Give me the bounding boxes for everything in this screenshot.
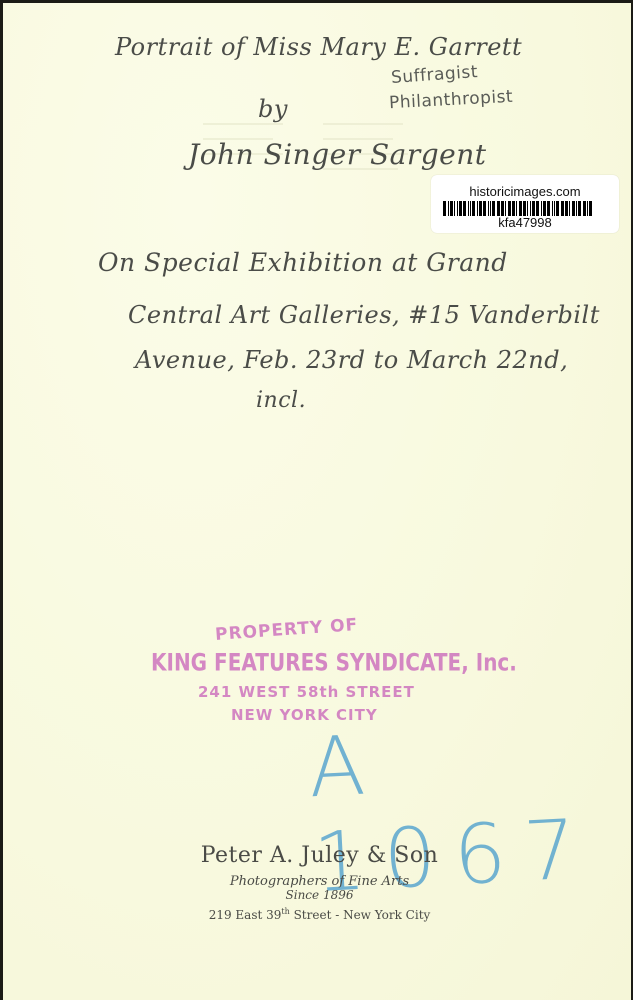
barcode-bar — [523, 201, 526, 216]
archive-barcode-label: historicimages.com kfa47998 — [431, 175, 619, 233]
barcode-bar — [561, 201, 564, 216]
barcode-bar — [492, 201, 495, 216]
barcode-bar — [532, 201, 535, 216]
barcode-bar — [547, 201, 550, 216]
barcode — [443, 201, 607, 216]
barcode-bar — [565, 201, 568, 216]
exhibition-line-1: On Special Exhibition at Grand — [98, 248, 508, 277]
barcode-bar — [512, 201, 515, 216]
barcode-bar — [543, 201, 546, 216]
barcode-bar — [541, 201, 542, 216]
stamp-line-1: PROPERTY OF — [214, 615, 358, 645]
handwritten-by: by — [258, 95, 288, 123]
barcode-bar — [589, 201, 592, 216]
barcode-bar — [554, 201, 555, 216]
barcode-bar — [468, 201, 469, 216]
label-site: historicimages.com — [431, 184, 619, 199]
barcode-bar — [483, 201, 486, 216]
barcode-bar — [516, 201, 517, 216]
stamp-line-2: KING FEATURES SYNDICATE, Inc. — [151, 648, 517, 677]
barcode-bar — [477, 201, 478, 216]
stamp-line-3: 241 WEST 58th STREET — [198, 683, 415, 701]
barcode-bar — [443, 201, 446, 216]
imprint-since: Since 1896 — [3, 888, 633, 902]
barcode-bar — [459, 201, 462, 216]
barcode-bar — [505, 201, 506, 216]
barcode-bar — [556, 201, 559, 216]
barcode-bar — [527, 201, 528, 216]
barcode-bar — [454, 201, 455, 216]
exhibition-line-2: Central Art Galleries, #15 Vanderbilt — [128, 301, 600, 329]
barcode-bar — [583, 201, 586, 216]
imprint-address: 219 East 39th Street - New York City — [3, 907, 633, 922]
imprint-tagline: Photographers of Fine Arts — [3, 874, 633, 889]
barcode-bar — [490, 201, 491, 216]
barcode-bar — [530, 201, 531, 216]
handwritten-note-suffragist: Suffragist — [390, 62, 478, 88]
barcode-bar — [448, 201, 449, 216]
barcode-bar — [536, 201, 539, 216]
barcode-bar — [519, 201, 522, 216]
barcode-bar — [578, 201, 581, 216]
handwritten-note-philanthropist: Philanthropist — [389, 87, 514, 113]
barcode-bar — [501, 201, 504, 216]
barcode-bar — [572, 201, 575, 216]
handwritten-title: Portrait of Miss Mary E. Garrett — [115, 33, 522, 61]
barcode-bar — [587, 201, 588, 216]
barcode-bar — [488, 201, 489, 216]
barcode-bar — [508, 201, 511, 216]
barcode-bar — [463, 201, 466, 216]
barcode-bar — [552, 201, 553, 216]
barcode-bar — [457, 201, 458, 216]
exhibition-line-3: Avenue, Feb. 23rd to March 22nd, — [135, 346, 568, 374]
imprint-name: Peter A. Juley & Son — [3, 843, 633, 868]
barcode-bar — [450, 201, 453, 216]
barcode-bar — [472, 201, 475, 216]
barcode-bar — [569, 201, 570, 216]
label-code: kfa47998 — [431, 215, 619, 230]
photo-back-card: Portrait of Miss Mary E. Garrett Suffrag… — [3, 3, 631, 1000]
barcode-bar — [479, 201, 482, 216]
barcode-bar — [470, 201, 471, 216]
barcode-bar — [497, 201, 500, 216]
barcode-bar — [576, 201, 577, 216]
exhibition-line-4: incl. — [256, 388, 306, 413]
handwritten-artist: John Singer Sargent — [188, 138, 487, 171]
